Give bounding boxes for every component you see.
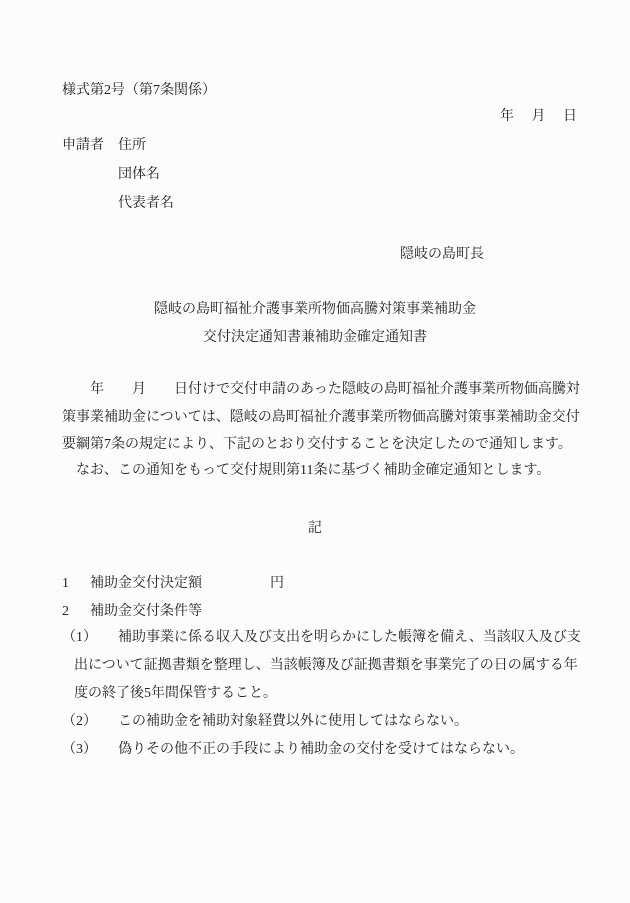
body-paragraph-line4: なお、この通知をもって交付規則第11条に基づく補助金確定通知とします。: [62, 464, 550, 478]
document-title-line1: 隠岐の島町福祉介護事業所物価高騰対策事業補助金: [0, 303, 630, 317]
condition1-line1: 補助事業に係る収入及び支出を明らかにした帳簿を備え、当該収入及び支: [118, 631, 581, 645]
condition3-number: （3）: [62, 743, 97, 757]
document-page: 様式第2号（第7条関係） 年 月 日 申請者 住所 団体名 代表者名 隠岐の島町…: [0, 0, 630, 903]
condition3-text: 偽りその他不正の手段により補助金の交付を受けてはならない。: [118, 743, 524, 757]
document-title-line2: 交付決定通知書兼補助金確定通知書: [0, 331, 630, 345]
condition2-number: （2）: [62, 715, 97, 729]
body-paragraph-line2: 策事業補助金については、隠岐の島町福祉介護事業所物価高騰対策事業補助金交付: [62, 411, 580, 425]
form-number: 様式第2号（第7条関係）: [62, 84, 216, 98]
addressee-mayor: 隠岐の島町長: [400, 248, 484, 262]
item2-label: 補助金交付条件等: [90, 605, 202, 619]
condition1-number: （1）: [62, 631, 97, 645]
condition1-line3: 度の終了後5年間保管すること。: [74, 687, 277, 701]
date-line: 年 月 日: [500, 110, 577, 124]
condition1-line2: 出について証拠書類を整理し、当該帳簿及び証拠書類を事業完了の日の属する年: [74, 659, 578, 673]
item1-number: 1: [62, 577, 69, 591]
applicant-representative-label: 代表者名: [118, 197, 174, 211]
ki-heading: 記: [0, 522, 630, 536]
item1-label: 補助金交付決定額: [90, 577, 202, 591]
body-paragraph-line3: 要綱第7条の規定により、下記のとおり交付することを決定したので通知します。: [62, 438, 572, 452]
condition2-text: この補助金を補助対象経費以外に使用してはならない。: [118, 715, 468, 729]
item2-number: 2: [62, 605, 69, 619]
applicant-org-name-label: 団体名: [118, 168, 160, 182]
body-paragraph-line1: 年 月 日付けで交付申請のあった隠岐の島町福祉介護事業所物価高騰対: [62, 383, 580, 397]
applicant-address-line: 申請者 住所: [62, 139, 146, 153]
item1-unit: 円: [270, 577, 284, 591]
